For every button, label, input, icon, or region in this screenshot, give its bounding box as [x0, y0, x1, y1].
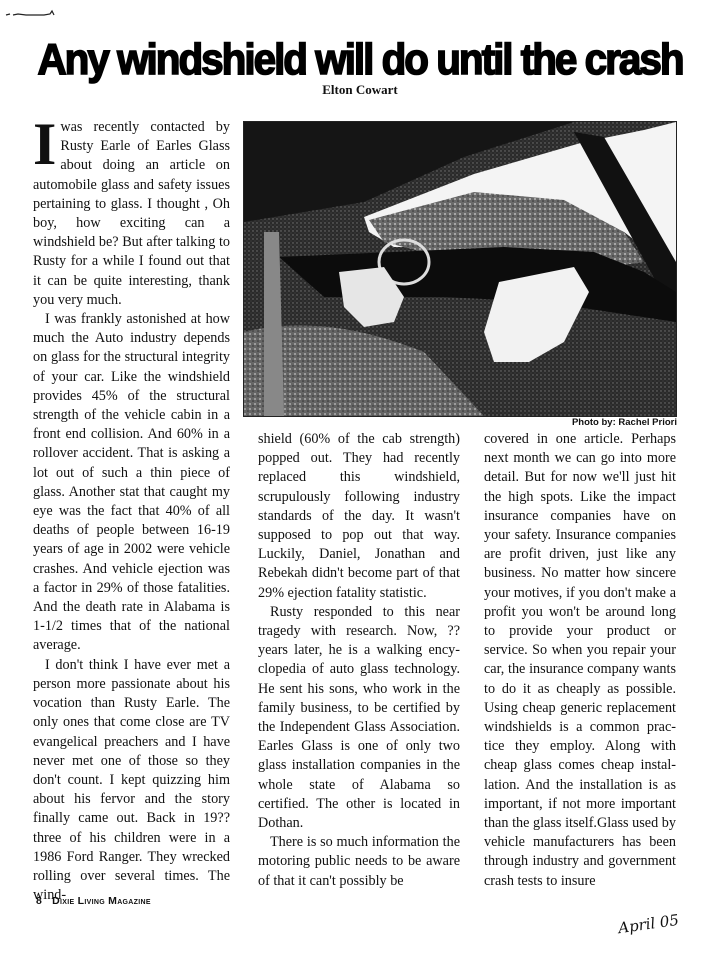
article-paragraph: shield (60% of the cab strength) popped …: [258, 430, 460, 603]
page-number: 8: [36, 895, 42, 907]
article-column-1: Iwas recently contacted by Rusty Earle o…: [33, 118, 230, 905]
article-headline: Any windshield will do until the crash: [29, 38, 691, 82]
publication-name: Dixie Living Magazine: [52, 895, 151, 907]
article-paragraph: Iwas recently contacted by Rusty Earle o…: [33, 118, 230, 310]
article-column-3: covered in one article. Perhaps next mon…: [484, 430, 676, 891]
article-paragraph: There is so much information the motorin…: [258, 833, 460, 891]
page-footer: 8Dixie Living Magazine: [36, 895, 151, 907]
drop-cap: I: [33, 120, 56, 172]
article-paragraph: I was frankly astonished at how much the…: [33, 310, 230, 656]
handwritten-date-note: April 05: [617, 911, 680, 937]
crash-photo: [243, 121, 677, 417]
article-column-2: shield (60% of the cab strength) popped …: [258, 430, 460, 891]
article-byline: Elton Cowart: [0, 82, 720, 98]
photo-credit: Photo by: Rachel Priori: [480, 417, 677, 428]
car-interior-illustration-icon: [244, 122, 676, 416]
article-paragraph: covered in one article. Perhaps next mon…: [484, 430, 676, 891]
scan-artifact-mark: [4, 8, 56, 18]
article-paragraph: Rusty responded to this near tragedy wit…: [258, 603, 460, 833]
article-paragraph: I don't think I have ever met a person m…: [33, 656, 230, 906]
